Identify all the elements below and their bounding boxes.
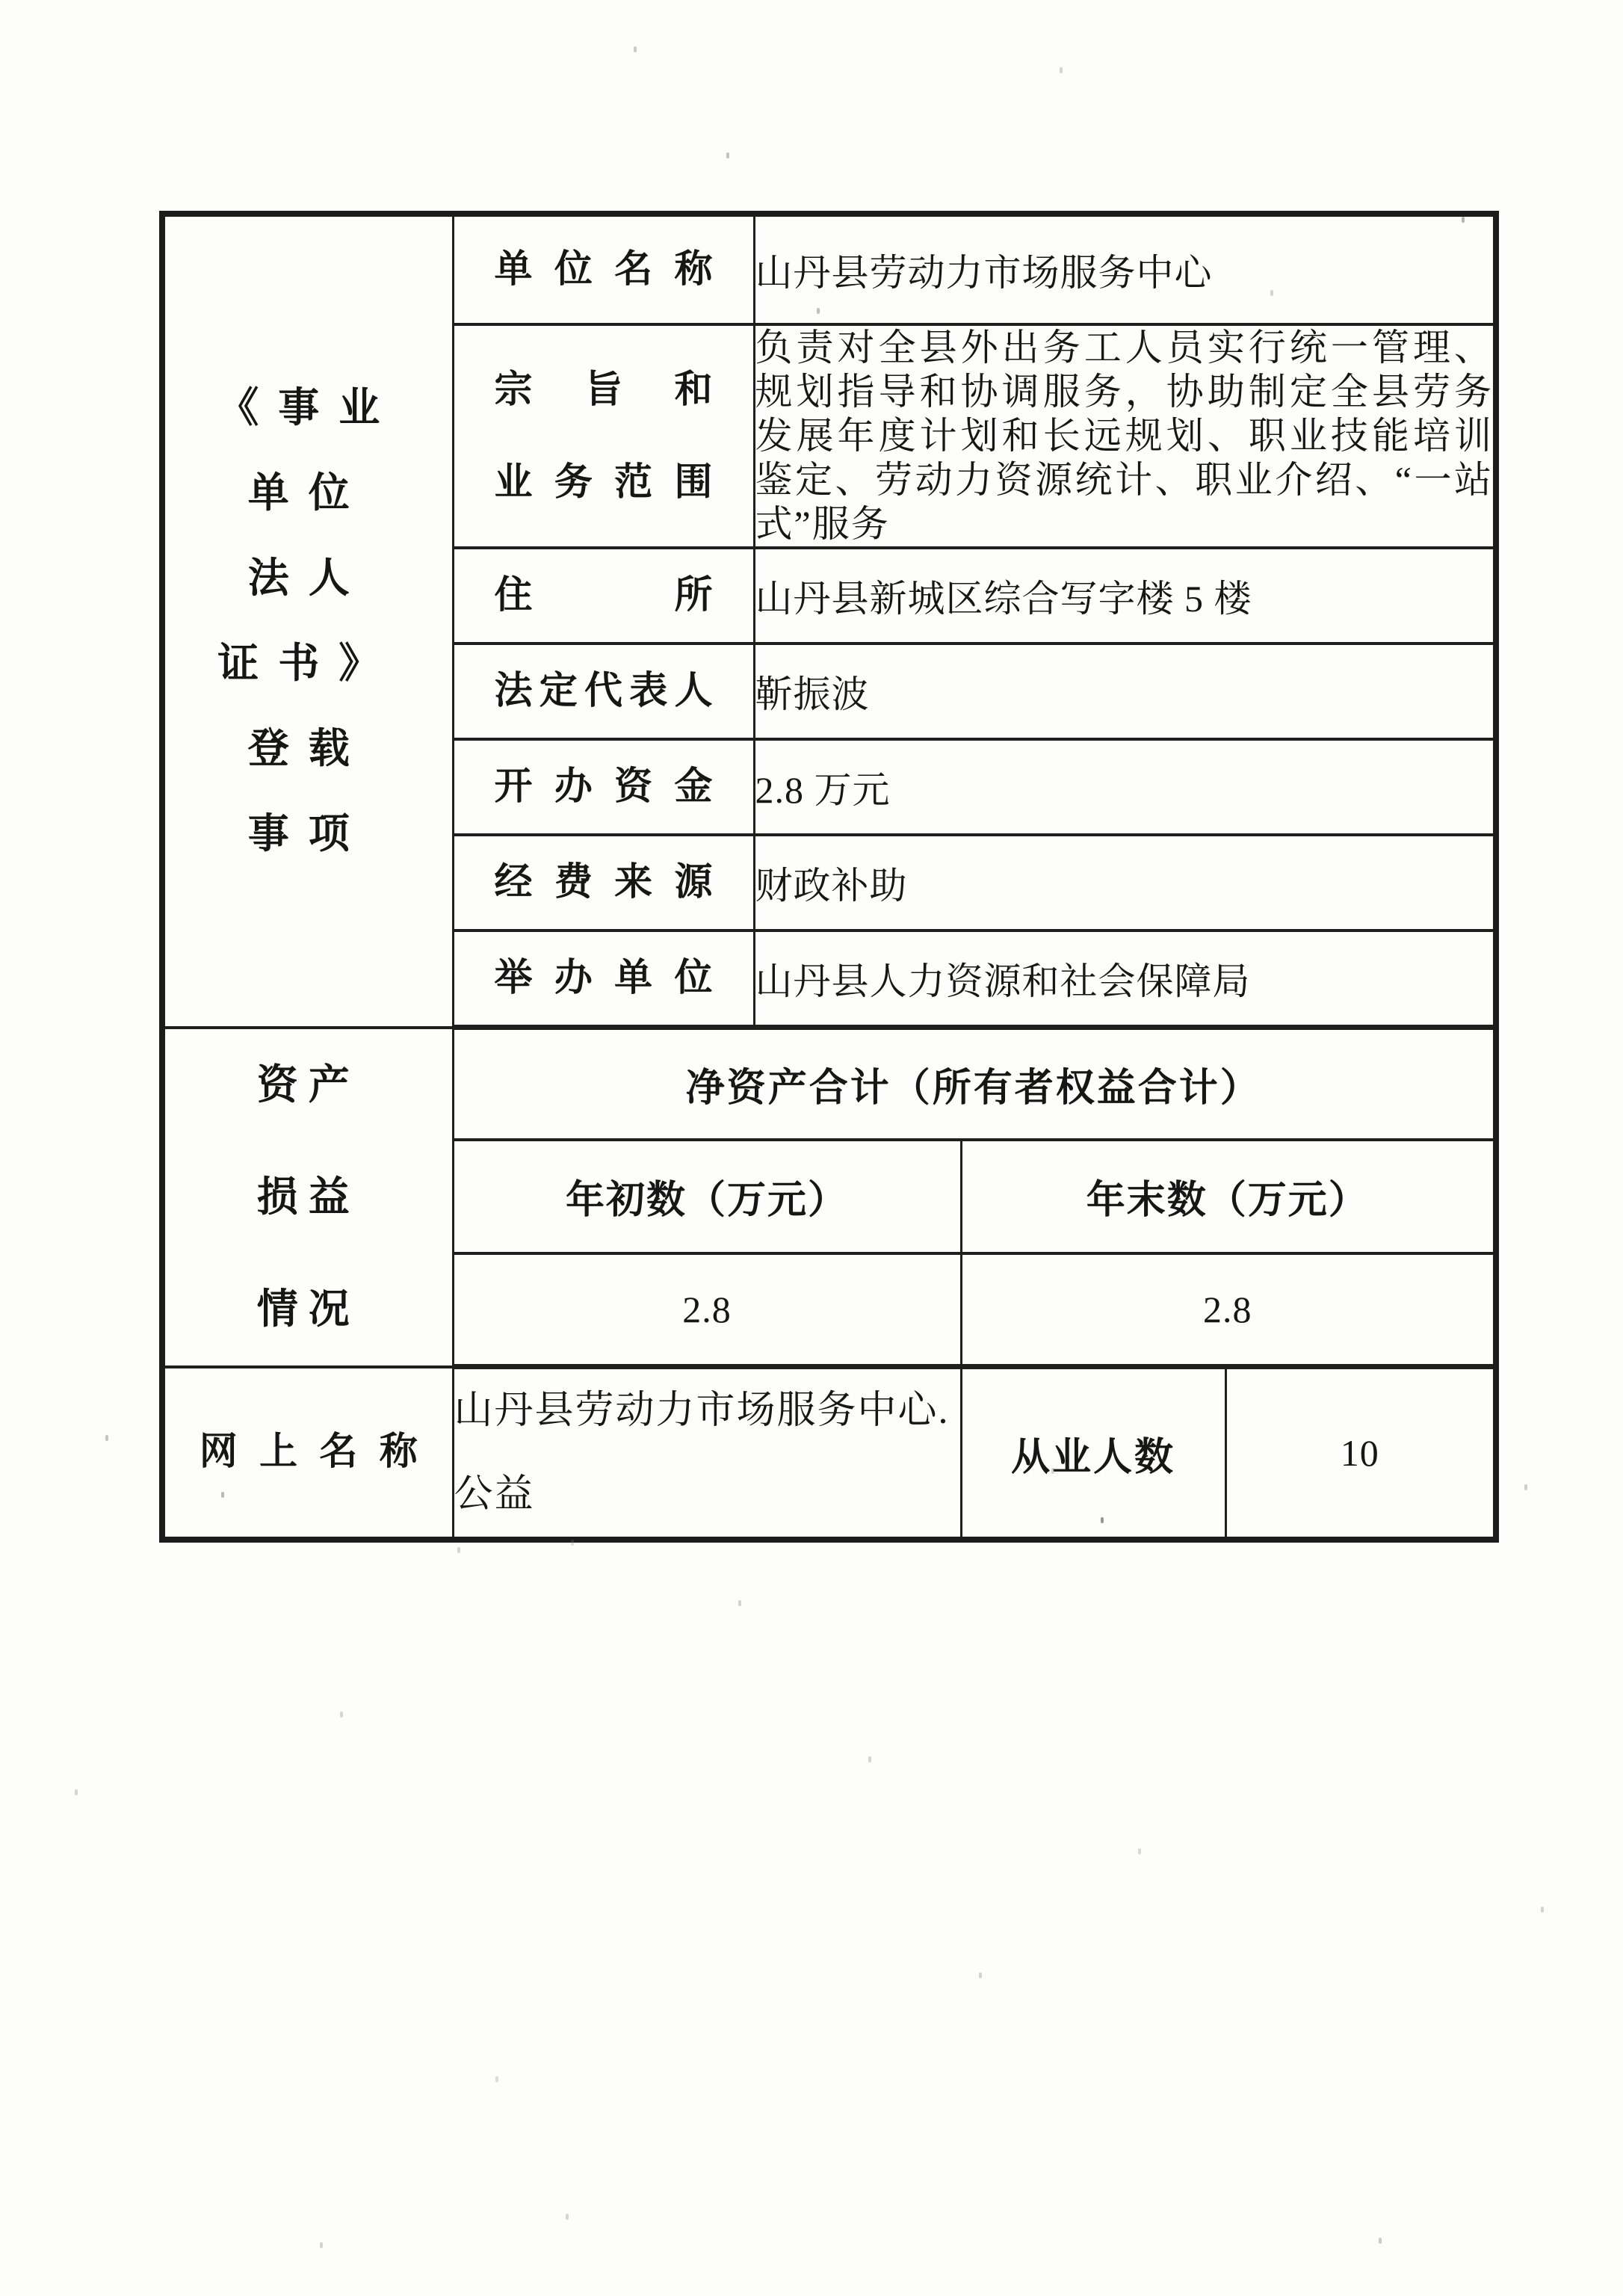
purpose-value: 负责对全县外出务工人员实行统一管理、规划指导和协调服务，协助制定全县劳务发展年度… [754,324,1496,548]
assets-section-cell: 资产 损益 情况 [162,1028,453,1367]
online-name-label: 网上名称 [200,1406,418,1499]
net-assets-header-cell: 净资产合计（所有者权益合计） [453,1028,1496,1140]
year-end-value-cell: 2.8 [961,1253,1496,1366]
purpose-label: 宗旨和 业务范围 [495,344,713,529]
funding-label: 经费来源 [495,836,713,929]
capital-value: 2.8 万元 [754,739,1496,835]
staff-count-label: 从业人数 [961,1367,1225,1540]
organizer-label: 举办单位 [495,932,713,1025]
legal-rep-value: 靳振波 [754,644,1496,739]
scanned-document-page: 《事业 单位 法人 证书》 登载 事项 单位名称 山丹县劳动力市场服务中心 宗旨… [0,0,1623,2296]
legal-rep-label: 法定代表人 [495,645,713,738]
organizer-label-cell: 举办单位 [453,931,754,1028]
staff-count-value: 10 [1225,1367,1496,1540]
purpose-label-cell: 宗旨和 业务范围 [453,324,754,548]
address-label: 住所 [495,549,713,642]
funding-label-cell: 经费来源 [453,835,754,931]
row-net-assets-header: 资产 损益 情况 净资产合计（所有者权益合计） [162,1028,1496,1140]
unit-name-label-cell: 单位名称 [453,214,754,324]
scan-speckles [0,0,3,6]
row-online-name: 网上名称 山丹县劳动力市场服务中心.公益 从业人数 10 [162,1367,1496,1540]
year-end-header-cell: 年末数（万元） [961,1140,1496,1254]
capital-label-cell: 开办资金 [453,739,754,835]
capital-label: 开办资金 [495,741,713,833]
unit-name-value: 山丹县劳动力市场服务中心 [754,214,1496,324]
year-start-header-cell: 年初数（万元） [453,1140,961,1254]
year-start-value-cell: 2.8 [453,1253,961,1366]
cert-section-cell: 《事业 单位 法人 证书》 登载 事项 [162,214,453,1028]
unit-name-label: 单位名称 [495,223,713,316]
legal-rep-label-cell: 法定代表人 [453,644,754,739]
address-label-cell: 住所 [453,548,754,644]
row-unit-name: 《事业 单位 法人 证书》 登载 事项 单位名称 山丹县劳动力市场服务中心 [162,214,1496,324]
organizer-value: 山丹县人力资源和社会保障局 [754,931,1496,1028]
registration-table: 《事业 单位 法人 证书》 登载 事项 单位名称 山丹县劳动力市场服务中心 宗旨… [159,211,1499,1543]
online-name-label-cell: 网上名称 [162,1367,453,1540]
online-name-value: 山丹县劳动力市场服务中心.公益 [453,1367,961,1540]
address-value: 山丹县新城区综合写字楼 5 楼 [754,548,1496,644]
funding-value: 财政补助 [754,835,1496,931]
